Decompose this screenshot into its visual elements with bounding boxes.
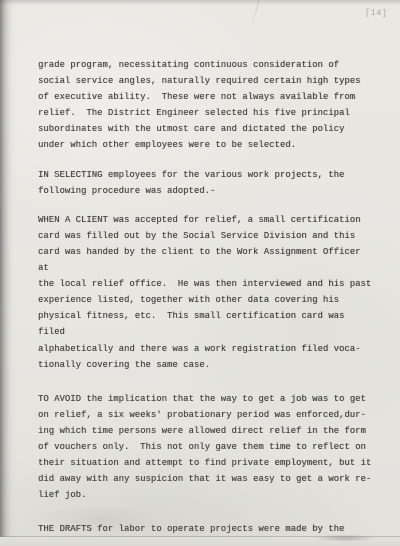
paragraph-in-selecting: IN SELECTING employees for the various w…: [38, 167, 374, 199]
page-top-edge-shadow: [0, 0, 400, 5]
page-number: [14]: [364, 8, 387, 19]
document-body-text: grade program, necessitating continuous …: [38, 57, 374, 546]
page-left-edge-shadow: [0, 0, 16, 546]
paragraph-when-a-client: WHEN A CLIENT was accepted for relief, a…: [38, 212, 374, 373]
paragraph-the-drafts: THE DRAFTS for labor to operate projects…: [38, 521, 374, 537]
paragraph-to-avoid: TO AVOID the implication that the way to…: [38, 391, 374, 504]
paragraph-grade-program: grade program, necessitating continuous …: [38, 57, 374, 154]
scanned-document-page: [14] grade program, necessitating contin…: [0, 0, 400, 546]
